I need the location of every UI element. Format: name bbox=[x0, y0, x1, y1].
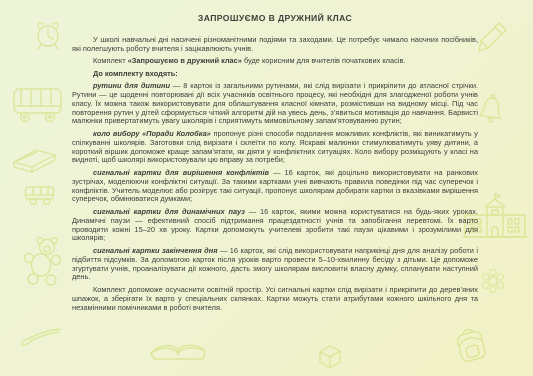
closing-paragraph: Комплект допоможе осучаснити освітній пр… bbox=[72, 286, 478, 313]
page-title: ЗАПРОШУЄМО В ДРУЖНИЙ КЛАС bbox=[72, 13, 478, 23]
paintbrush-icon bbox=[18, 326, 62, 346]
school-bus-icon bbox=[12, 84, 64, 124]
backpack-icon bbox=[446, 320, 497, 371]
item-day-end-cards-lead: сигнальні картки закінчення дня bbox=[93, 246, 218, 255]
item-routines: рутини для дитини — 8 карток із загальни… bbox=[72, 82, 478, 127]
kit-name: «Запрошуємо в дружний клас» bbox=[128, 56, 242, 65]
scanned-page: ЗАПРОШУЄМО В ДРУЖНИЙ КЛАС У школі навчал… bbox=[0, 0, 533, 376]
open-book-icon bbox=[146, 338, 210, 364]
page-content: ЗАПРОШУЄМО В ДРУЖНИЙ КЛАС У школі навчал… bbox=[72, 13, 478, 316]
toy-bus-icon bbox=[24, 184, 56, 206]
item-pause-cards-lead: сигнальні картки для динамічних пауз bbox=[93, 207, 245, 216]
item-day-end-cards: сигнальні картки закінчення дня — 16 кар… bbox=[72, 247, 478, 283]
kit-prefix: Комплект bbox=[93, 56, 128, 65]
flower-gear-icon bbox=[478, 266, 508, 296]
kit-paragraph: Комплект «Запрошуємо в дружний клас» буд… bbox=[72, 57, 478, 66]
teddy-bear-icon bbox=[20, 236, 66, 286]
toy-block-icon bbox=[315, 344, 345, 370]
item-conflict-cards-lead: сигнальні картки для вирішення конфлікті… bbox=[93, 168, 269, 177]
list-heading: До комплекту входять: bbox=[72, 70, 478, 79]
item-choice-circle-lead: коло вибору «Поради Колобка» bbox=[93, 129, 211, 138]
closed-book-icon bbox=[10, 146, 58, 176]
item-choice-circle: коло вибору «Поради Колобка» пропонує рі… bbox=[72, 130, 478, 166]
item-conflict-cards: сигнальні картки для вирішення конфлікті… bbox=[72, 169, 478, 205]
alarm-clock-icon bbox=[31, 20, 65, 50]
kit-suffix: буде корисним для вчителів початкових кл… bbox=[242, 56, 406, 65]
item-pause-cards: сигнальні картки для динамічних пауз — 1… bbox=[72, 208, 478, 244]
intro-paragraph: У школі навчальні дні насичені різномані… bbox=[72, 36, 478, 54]
pencil-icon bbox=[473, 20, 509, 54]
item-routines-lead: рутини для дитини bbox=[93, 81, 170, 90]
